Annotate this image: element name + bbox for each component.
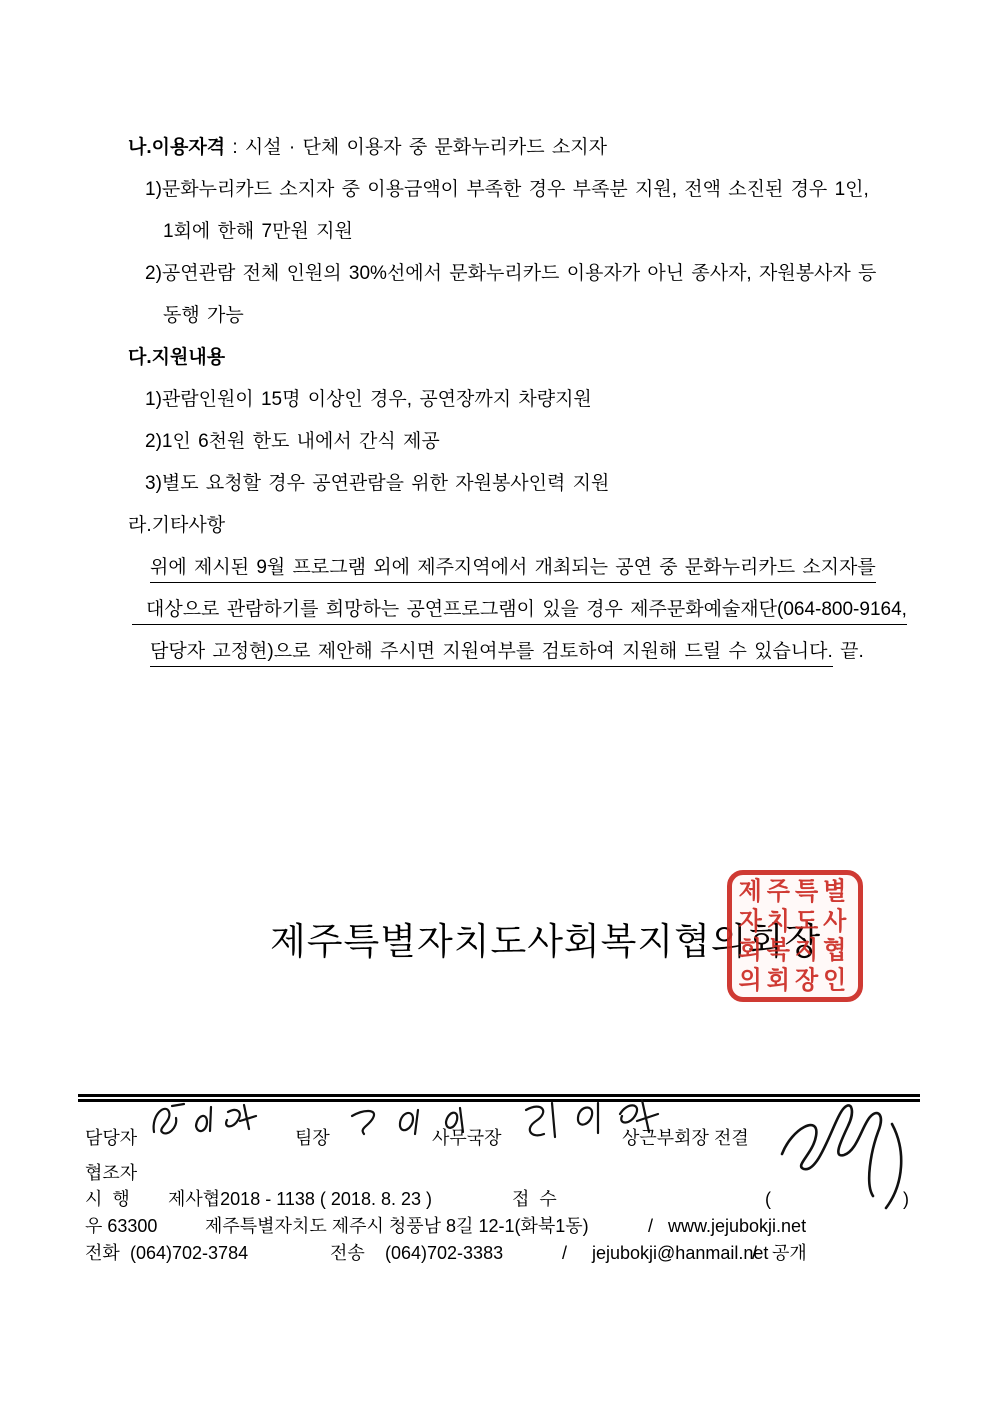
section-na-text: : 시설 · 단체 이용자 중 문화누리카드 소지자 xyxy=(225,137,607,158)
body-line: 1)문화누리카드 소지자 중 이용금액이 부족한 경우 부족분 지원, 전액 소… xyxy=(128,180,928,200)
seal-row: 회복지협 xyxy=(736,937,854,965)
address-value: 제주특별자치도 제주시 청풍남 8길 12-1(화북1동) xyxy=(205,1215,589,1237)
body-line: 2)1인 6천원 한도 내에서 간식 제공 xyxy=(128,432,928,452)
document-body: 나.이용자격 : 시설 · 단체 이용자 중 문화누리카드 소지자 1)문화누리… xyxy=(128,138,928,684)
seal-row: 제주특별 xyxy=(736,877,854,905)
fax-label: 전송 xyxy=(330,1242,365,1264)
approval-label-manager: 담당자 xyxy=(85,1127,137,1149)
body-line: 동행 가능 xyxy=(128,306,928,326)
tel-number: (064)702-3784 xyxy=(130,1242,248,1264)
approval-label-jeonkyeol: 전결 xyxy=(714,1127,749,1149)
contact-separator: / xyxy=(562,1242,567,1264)
section-na-heading-line: 나.이용자격 : 시설 · 단체 이용자 중 문화누리카드 소지자 xyxy=(128,138,928,158)
body-line-underlined: 대상으로 관람하기를 희망하는 공연프로그램이 있을 경우 제주문화예술재단(0… xyxy=(128,600,928,620)
disclosure-label: 공개 xyxy=(772,1242,807,1264)
tel-label: 전화 xyxy=(85,1242,120,1264)
body-line: 3)별도 요청할 경우 공연관람을 위한 자원봉사인력 지원 xyxy=(128,474,928,494)
underlined-text: 위에 제시된 9월 프로그램 외에 제주지역에서 개최되는 공연 중 문화누리카… xyxy=(150,557,876,583)
section-na-label: 나.이용자격 xyxy=(128,137,225,158)
underlined-text: 대상으로 관람하기를 희망하는 공연프로그램이 있을 경우 제주문화예술재단(0… xyxy=(132,599,907,625)
section-ra-heading: 라.기타사항 xyxy=(128,516,928,536)
email-address: jejubokji@hanmail.net xyxy=(592,1242,768,1264)
underlined-text: 담당자 고정현)으로 제안해 주시면 지원여부를 검토하여 지원해 드릴 수 있… xyxy=(150,641,833,667)
receipt-paren-close: ) xyxy=(903,1188,909,1210)
address-separator: / xyxy=(648,1215,653,1237)
cooperator-label: 협조자 xyxy=(85,1162,137,1184)
body-line: 2)공연관람 전체 인원의 30%선에서 문화누리카드 이용자가 아닌 종사자,… xyxy=(128,264,928,284)
approval-label-team-leader: 팀장 xyxy=(295,1127,330,1149)
body-line: 1)관람인원이 15명 이상인 경우, 공연장까지 차량지원 xyxy=(128,390,928,410)
receipt-label: 접 수 xyxy=(512,1188,557,1210)
body-line: 1회에 한해 7만원 지원 xyxy=(128,222,928,242)
body-line-underlined: 위에 제시된 9월 프로그램 외에 제주지역에서 개최되는 공연 중 문화누리카… xyxy=(128,558,928,578)
official-seal-stamp: 제주특별 자치도사 회복지협 의회장인 xyxy=(727,870,863,1002)
approval-label-secretary-general: 사무국장 xyxy=(432,1127,502,1149)
dispatch-number: 제사협2018 - 1138 ( 2018. 8. 23 ) xyxy=(168,1188,432,1210)
seal-row: 자치도사 xyxy=(736,907,854,935)
end-mark: 끝. xyxy=(833,641,864,662)
document-page: 나.이용자격 : 시설 · 단체 이용자 중 문화누리카드 소지자 1)문화누리… xyxy=(0,0,992,1403)
section-da-heading: 다.지원내용 xyxy=(128,348,928,368)
disclosure-separator: / xyxy=(752,1242,757,1264)
website-link: www.jejubokji.net xyxy=(668,1215,806,1237)
postal-code-label: 우 63300 xyxy=(85,1215,157,1237)
fax-number: (064)702-3383 xyxy=(385,1242,503,1264)
dispatch-label: 시 행 xyxy=(85,1188,130,1210)
receipt-paren-open: ( xyxy=(765,1188,771,1210)
handwritten-signature-manager xyxy=(148,1100,266,1152)
body-line-underlined: 담당자 고정현)으로 제안해 주시면 지원여부를 검토하여 지원해 드릴 수 있… xyxy=(128,642,928,662)
approval-label-standing-vice-chair: 상근부회장 xyxy=(622,1127,709,1149)
seal-row: 의회장인 xyxy=(736,966,854,994)
